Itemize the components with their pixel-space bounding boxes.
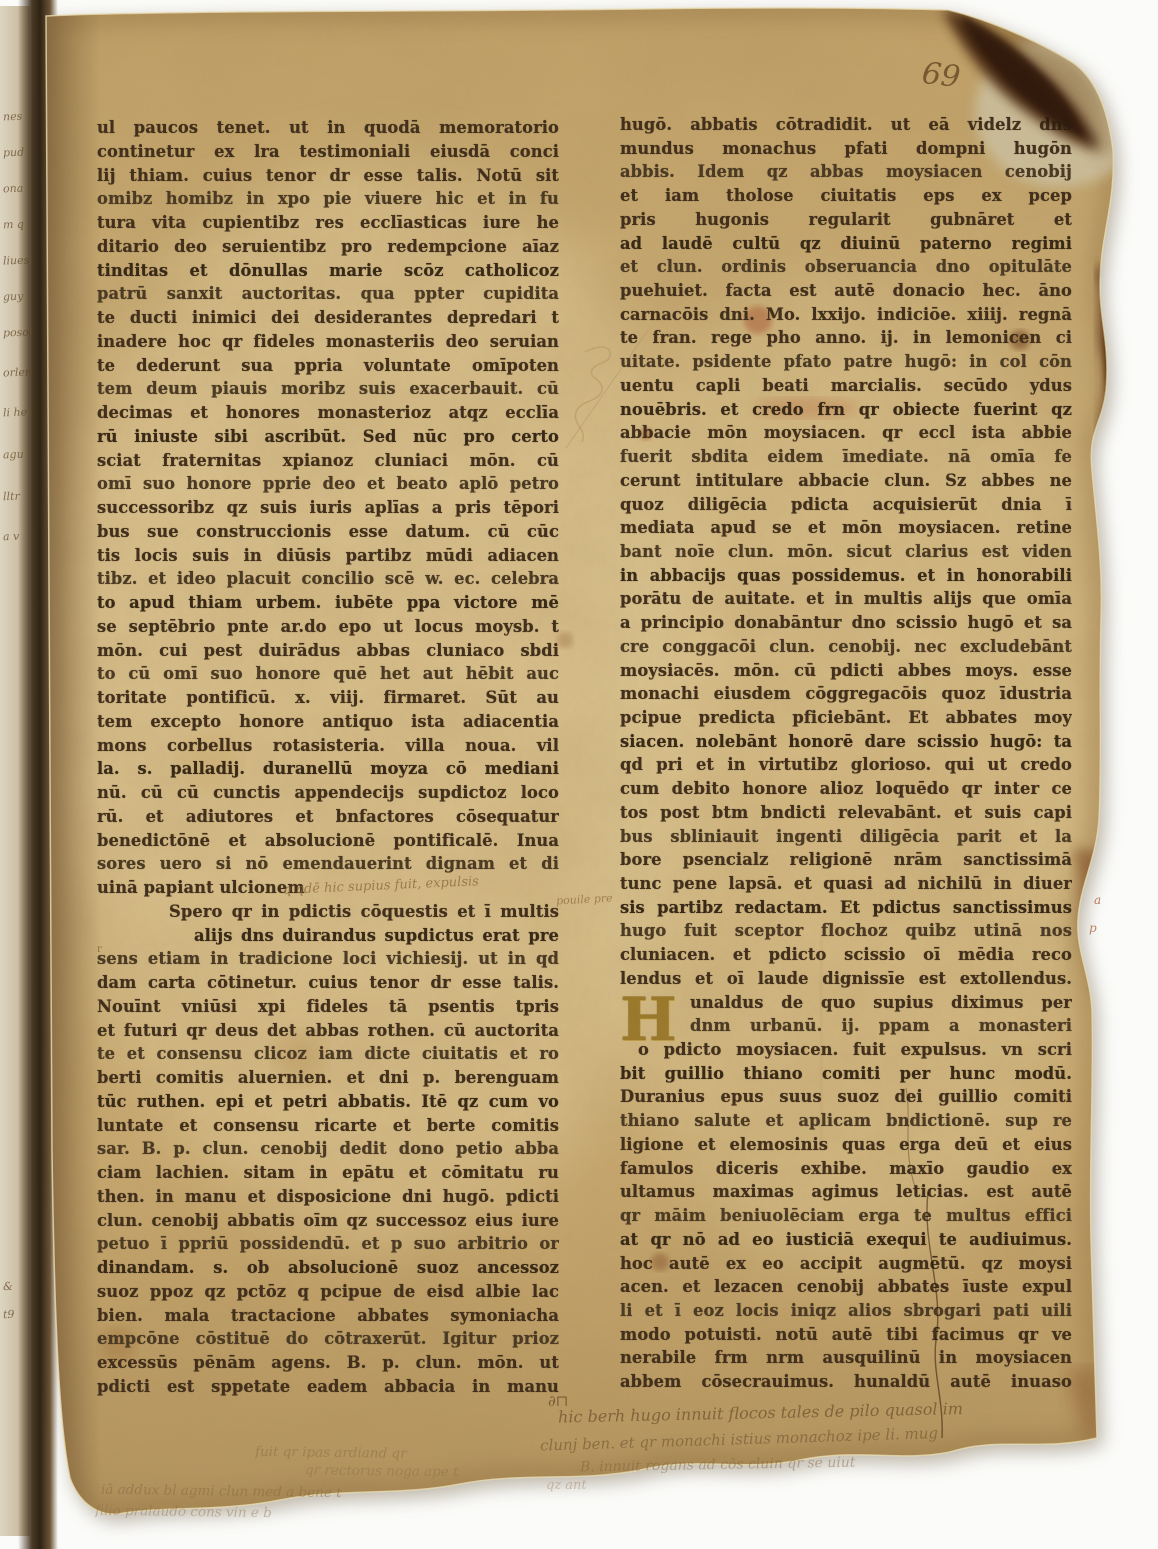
- text-line: tem excepto honore antiquo ista adiacent…: [97, 710, 559, 734]
- text-line: then. in manu et disposicione dni hugō. …: [97, 1185, 559, 1209]
- bottom-notes-right: hic berh hugo innuit flocos tales de pil…: [540, 1402, 1085, 1493]
- text-line: quoz diligēcia pdicta acquisierūt dnia ī: [620, 493, 1072, 517]
- text-line: omī suo honore pprie deo et beato aplō p…: [97, 472, 559, 496]
- text-line: hoc autē ex eo accipit augmētū. qz moysi: [620, 1252, 1072, 1276]
- text-line: abbacie mōn moysiacen. qr eccl ista abbi…: [620, 421, 1072, 445]
- text-line: moysiacēs. mōn. cū pdicti abbes moys. es…: [620, 659, 1072, 683]
- text-line: tos post btm bndicti relevabānt. et suis…: [620, 801, 1072, 825]
- text-line: hugō. abbatis cōtradidit. ut eā videlz d…: [620, 113, 1072, 137]
- text-line: te fran. rege pho anno. ij. in lemonicen…: [620, 326, 1072, 350]
- text-line: ultamus maximas agimus leticias. est aut…: [620, 1180, 1072, 1204]
- text-line: toritate pontificū. x. viij. firmaret. S…: [97, 686, 559, 710]
- text-line: tinditas et dōnullas marie scōz catholic…: [97, 259, 559, 283]
- text-line: clun. cenobij abbatis oīm qz successoz e…: [97, 1209, 559, 1233]
- text-line: cluniacen. et pdicto scissio oī mēdia re…: [620, 943, 1072, 967]
- text-line: continetur ex lra testimoniali eiusdā co…: [97, 140, 559, 164]
- text-line: decimas et honores monasterioz atqz eccl…: [97, 401, 559, 425]
- text-line: Spero qr in pdictis cōquestis et ī multi…: [97, 900, 559, 924]
- text-line: uitate. psidente pfato patre hugō: in co…: [620, 350, 1072, 374]
- text-line: li et ī eoz locis iniqz alios sbrogari p…: [620, 1299, 1072, 1323]
- right-column: H hugō. abbatis cōtradidit. ut eā videlz…: [620, 113, 1072, 1394]
- text-line: ciam lachien. sitam in epātu et cōmitatu…: [97, 1161, 559, 1185]
- text-line: pris hugonis regularit gubnāret et: [620, 208, 1072, 232]
- text-line: et clun. ordinis obseruancia dno opitulā…: [620, 255, 1072, 279]
- text-line: sciat fraternitas xpianoz cluniaci mōn. …: [97, 449, 559, 473]
- text-line: sis partibz redactam. Et pdictus sanctis…: [620, 896, 1072, 920]
- margin-mark-right: p: [1089, 921, 1097, 935]
- text-line: bit guillio thiano comiti per hunc modū.: [620, 1062, 1072, 1086]
- text-line: inadere hoc qr fideles monasteriis deo s…: [97, 330, 559, 354]
- text-line: acen. et lezacen cenobij abbates īuste e…: [620, 1275, 1072, 1299]
- text-line: bien. mala tractacione abbates symoniach…: [97, 1304, 559, 1328]
- text-line: ad laudē cultū qz diuinū paterno regimi: [620, 232, 1072, 256]
- text-line: et futuri qr deus det abbas rothen. cū a…: [97, 1019, 559, 1043]
- marginal-note-line: qz ant: [546, 1478, 1085, 1493]
- text-line: sens etiam in tradicione loci vichiesij.…: [97, 947, 559, 971]
- text-line: tura vita cupientibz res ecclīasticas iu…: [97, 211, 559, 235]
- illuminated-initial: H: [620, 985, 686, 1059]
- text-line: lij thiam. cuius tenor dr esse talis. No…: [97, 164, 559, 188]
- text-line: pcipue predicta pficiebānt. Et abbates m…: [620, 706, 1072, 730]
- text-line: la. s. palladij. duranellū moyza cō medi…: [97, 757, 559, 781]
- text-line: dinandam. s. ob absolucionē suoz ancesso…: [97, 1256, 559, 1280]
- text-line: nouēbris. et credo frn qr obiecte fuerin…: [620, 398, 1072, 422]
- text-line: uentu capli beati marcialis. secūdo ydus: [620, 374, 1072, 398]
- text-line: dnm urbanū. ij. ppam a monasteri: [620, 1014, 1072, 1038]
- text-line: to apud thiam urbem. iubēte ppa victore …: [97, 591, 559, 615]
- text-line: ligione et elemosinis quas erga deū et e…: [620, 1133, 1072, 1157]
- text-line: te ducti inimici dei desiderantes depred…: [97, 306, 559, 330]
- folio-number: 69: [920, 56, 962, 95]
- text-line: lendus et oī laude dignissīe est extolle…: [620, 967, 1072, 991]
- text-line: mediata apud se et mōn moysiacen. retine: [620, 516, 1072, 540]
- text-line: siacen. nolebānt honorē dare scissio hug…: [620, 730, 1072, 754]
- left-column: ul paucos tenet. ut in quodā memoratorio…: [97, 116, 559, 1399]
- text-line: luntate et consensu ricarte et berte com…: [97, 1114, 559, 1138]
- text-line: abbis. Idem qz abbas moysiacen cenobij: [620, 160, 1072, 184]
- text-line: abbem cōsecrauimus. hunaldū autē inuaso: [620, 1370, 1072, 1394]
- marginal-note-line: filio pralaudo cons vin e b: [95, 1503, 575, 1526]
- text-line: qr māim beniuolēciam erga te multus effi…: [620, 1204, 1072, 1228]
- text-line: mundus monachus pfati dompni hugōn: [620, 137, 1072, 161]
- text-line: sar. B. p. clun. cenobij dedit dono peti…: [97, 1137, 559, 1161]
- text-line: petuo ī ppriū possidendū. et p suo arbit…: [97, 1232, 559, 1256]
- text-line: nerabile frm nrm ausquilinū in moysiacen: [620, 1346, 1072, 1370]
- text-line: tis locis suis in diūsis partibz mūdi ad…: [97, 544, 559, 568]
- text-line: bus sue construccionis esse datum. cū cū…: [97, 520, 559, 544]
- text-line: cum debito honore alioz loquēdo qr inter…: [620, 777, 1072, 801]
- text-line: nū. cū cū cunctis appendecijs supdictoz …: [97, 781, 559, 805]
- text-line: bus sbliniauit ingenti diligēcia parit e…: [620, 825, 1072, 849]
- text-line: bant noīe clun. mōn. sicut clarius est v…: [620, 540, 1072, 564]
- margin-mark-right: a: [1094, 893, 1101, 907]
- text-line: carnacōis dni. Mo. lxxijo. indiciōe. xii…: [620, 303, 1072, 327]
- marginal-note-line: B. innuit rogans ad cōs cluin qr se uiut: [580, 1451, 1085, 1476]
- text-line: empcōne cōstituē do cōtraxerūt. Igitur p…: [97, 1327, 559, 1351]
- text-line: cerunt intitulare abbacie clun. Sz abbes…: [620, 469, 1072, 493]
- text-line: omibz homibz in xpo pie viuere hic et in…: [97, 187, 559, 211]
- text-line: te dederunt sua ppria voluntate omīpoten: [97, 354, 559, 378]
- text-line: qd pri et in virtutibz glorioso. qui ut …: [620, 753, 1072, 777]
- text-line: hugo fuit sceptor flochoz quibz utinā no…: [620, 919, 1072, 943]
- text-line: ditario deo seruientibz pro redempcione …: [97, 235, 559, 259]
- text-line: se septēbrio pnte ar.do epo ut locus moy…: [97, 615, 559, 639]
- text-line: excessūs pēnām agens. B. p. clun. mōn. u…: [97, 1351, 559, 1375]
- text-line: tūc ruthen. epi et petri abbatis. Itē qz…: [97, 1090, 559, 1114]
- text-line: tem deum piauis moribz suis exacerbauit.…: [97, 377, 559, 401]
- text-line: tibz. et ideo placuit concilio scē w. ec…: [97, 567, 559, 591]
- text-line: Duranius epus suus suoz dei guillio comi…: [620, 1085, 1072, 1109]
- manuscript-photo: nespudonam qliuesguypososorlenli heagull…: [0, 0, 1158, 1549]
- text-line: rū. et adiutores et bnfactores cōsequatu…: [97, 805, 559, 829]
- bottom-notes-left: fuit qr ipas ardiand qrqr rectorus noga …: [95, 1446, 575, 1522]
- margin-mark-left: r: [97, 944, 102, 955]
- text-line: mōn. cui pest duirādus abbas cluniaco sb…: [97, 639, 559, 663]
- text-line: et iam tholose ciuitatis eps ex pcep: [620, 184, 1072, 208]
- text-line: te et consensu clicoz iam dicte ciuitati…: [97, 1042, 559, 1066]
- text-line: Nouīnt vniūsi xpi fideles tā psentis tpr…: [97, 995, 559, 1019]
- text-line: in abbacijs quas possidemus. et in honor…: [620, 564, 1072, 588]
- text-line: to cū omī suo honore quē het aut hēbit a…: [97, 662, 559, 686]
- text-line: modo potuisti. notū autē tibi facimus qr…: [620, 1323, 1072, 1347]
- text-line: mons corbellus rotasisteria. villa noua.…: [97, 734, 559, 758]
- text-line: a principio donabāntur dno scissio hugō …: [620, 611, 1072, 635]
- text-line: ul paucos tenet. ut in quodā memoratorio: [97, 116, 559, 140]
- text-line: pdicti est sppetate eadem abbacia in man…: [97, 1375, 559, 1399]
- marginal-note-line: iā addux bl agmi clun med a bene t: [101, 1482, 575, 1505]
- text-line: alijs dns duirandus supdictus erat pre: [97, 924, 559, 948]
- text-line: at qr nō ad eo iusticiā exequi te audiui…: [620, 1228, 1072, 1252]
- text-line: rū iniuste sibi ascribūt. Sed nūc pro ce…: [97, 425, 559, 449]
- marginal-note-line: fuit qr ipas ardiand qr: [255, 1444, 575, 1464]
- text-line: fuerit sbdita eidem īmediate. nā omīa fe: [620, 445, 1072, 469]
- marginal-note-line: qr rectorus noga ape t: [305, 1462, 575, 1482]
- text-line: famulos diceris exhibe. maxīo gaudio ex: [620, 1157, 1072, 1181]
- text-line: porātu de auitate. et in multis alijs qu…: [620, 587, 1072, 611]
- text-line: suoz ppoz qz pctōz q pcipue de eisd albi…: [97, 1280, 559, 1304]
- text-line: monachi eiusdem cōggregacōis quoz īdustr…: [620, 682, 1072, 706]
- text-line: sores uero si nō emendauerint dignam et …: [97, 852, 559, 876]
- text-line: successoribz qz suis iuris aplīas a pris…: [97, 496, 559, 520]
- text-line: patrū sanxit auctoritas. qua ppter cupid…: [97, 282, 559, 306]
- text-line: o pdicto moysiacen. fuit expulsus. vn sc…: [620, 1038, 1072, 1062]
- text-line: puehuiet. facta est autē donacio hec. ān…: [620, 279, 1072, 303]
- text-line: cre conggacōi clun. cenobij. nec exclude…: [620, 635, 1072, 659]
- text-line: benedictōnē et absolucionē pontificalē. …: [97, 829, 559, 853]
- text-line: unaldus de quo supius diximus per: [620, 991, 1072, 1015]
- text-line: berti comitis aluernien. et dni p. beren…: [97, 1066, 559, 1090]
- text-line: dam carta cōtinetur. cuius tenor dr esse…: [97, 971, 559, 995]
- text-line: thiano salute et aplicam bndictionē. sup…: [620, 1109, 1072, 1133]
- text-line: tunc pene lapsā. et quasi ad nichilū in …: [620, 872, 1072, 896]
- text-line: bore psencialz religionē nrām sanctissim…: [620, 848, 1072, 872]
